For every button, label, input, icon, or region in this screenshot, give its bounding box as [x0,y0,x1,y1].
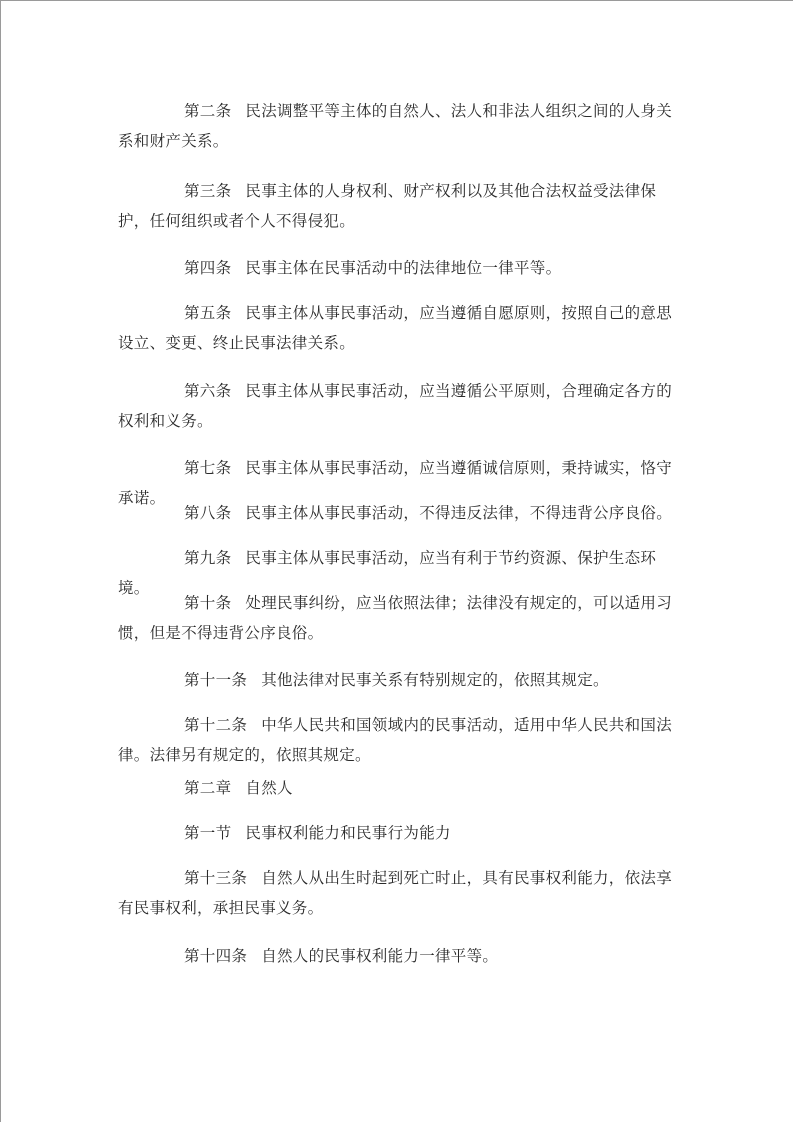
article-number: 第十二条 [151,710,247,740]
article-4: 第四条民事主体在民事活动中的法律地位一律平等。 [118,253,678,283]
article-number: 第六条 [151,376,231,406]
article-number: 第十三条 [151,863,247,893]
article-12: 第十二条中华人民共和国领域内的民事活动，适用中华人民共和国法律。法律另有规定的，… [118,710,678,770]
chapter-number: 第二章 [151,773,231,803]
article-5: 第五条民事主体从事民事活动，应当遵循自愿原则，按照自己的意思设立、变更、终止民事… [118,298,678,358]
chapter-title: 自然人 [245,779,292,797]
section-heading: 第一节民事权利能力和民事行为能力 [118,818,678,848]
article-2: 第二条民法调整平等主体的自然人、法人和非法人组织之间的人身关系和财产关系。 [118,96,678,156]
article-13: 第十三条自然人从出生时起到死亡时止，具有民事权利能力，依法享有民事权利，承担民事… [118,863,678,923]
article-number: 第五条 [151,298,231,328]
article-number: 第三条 [151,176,231,206]
article-number: 第九条 [151,543,231,573]
article-text: 自然人的民事权利能力一律平等。 [261,947,498,965]
article-number: 第十四条 [151,941,247,971]
article-14: 第十四条自然人的民事权利能力一律平等。 [118,941,678,971]
article-3: 第三条民事主体的人身权利、财产权利以及其他合法权益受法律保护，任何组织或者个人不… [118,176,678,236]
article-6: 第六条民事主体从事民事活动，应当遵循公平原则，合理确定各方的权利和义务。 [118,376,678,436]
section-number: 第一节 [151,818,231,848]
chapter-heading: 第二章自然人 [118,773,678,803]
article-number: 第二条 [151,96,231,126]
article-10: 第十条处理民事纠纷，应当依照法律；法律没有规定的，可以适用习惯，但是不得违背公序… [118,588,678,648]
article-text: 民事主体从事民事活动，不得违反法律，不得违背公序良俗。 [245,504,672,522]
article-number: 第七条 [151,453,231,483]
article-text: 民事主体在民事活动中的法律地位一律平等。 [245,259,561,277]
article-number: 第四条 [151,253,231,283]
article-11: 第十一条其他法律对民事关系有特别规定的，依照其规定。 [118,665,678,695]
article-number: 第八条 [151,498,231,528]
article-8: 第八条民事主体从事民事活动，不得违反法律，不得违背公序良俗。 [118,498,678,528]
document-page: 第二条民法调整平等主体的自然人、法人和非法人组织之间的人身关系和财产关系。 第三… [0,0,793,1122]
article-number: 第十条 [151,588,231,618]
section-title: 民事权利能力和民事行为能力 [245,824,450,842]
article-number: 第十一条 [151,665,247,695]
article-text: 其他法律对民事关系有特别规定的，依照其规定。 [261,671,609,689]
